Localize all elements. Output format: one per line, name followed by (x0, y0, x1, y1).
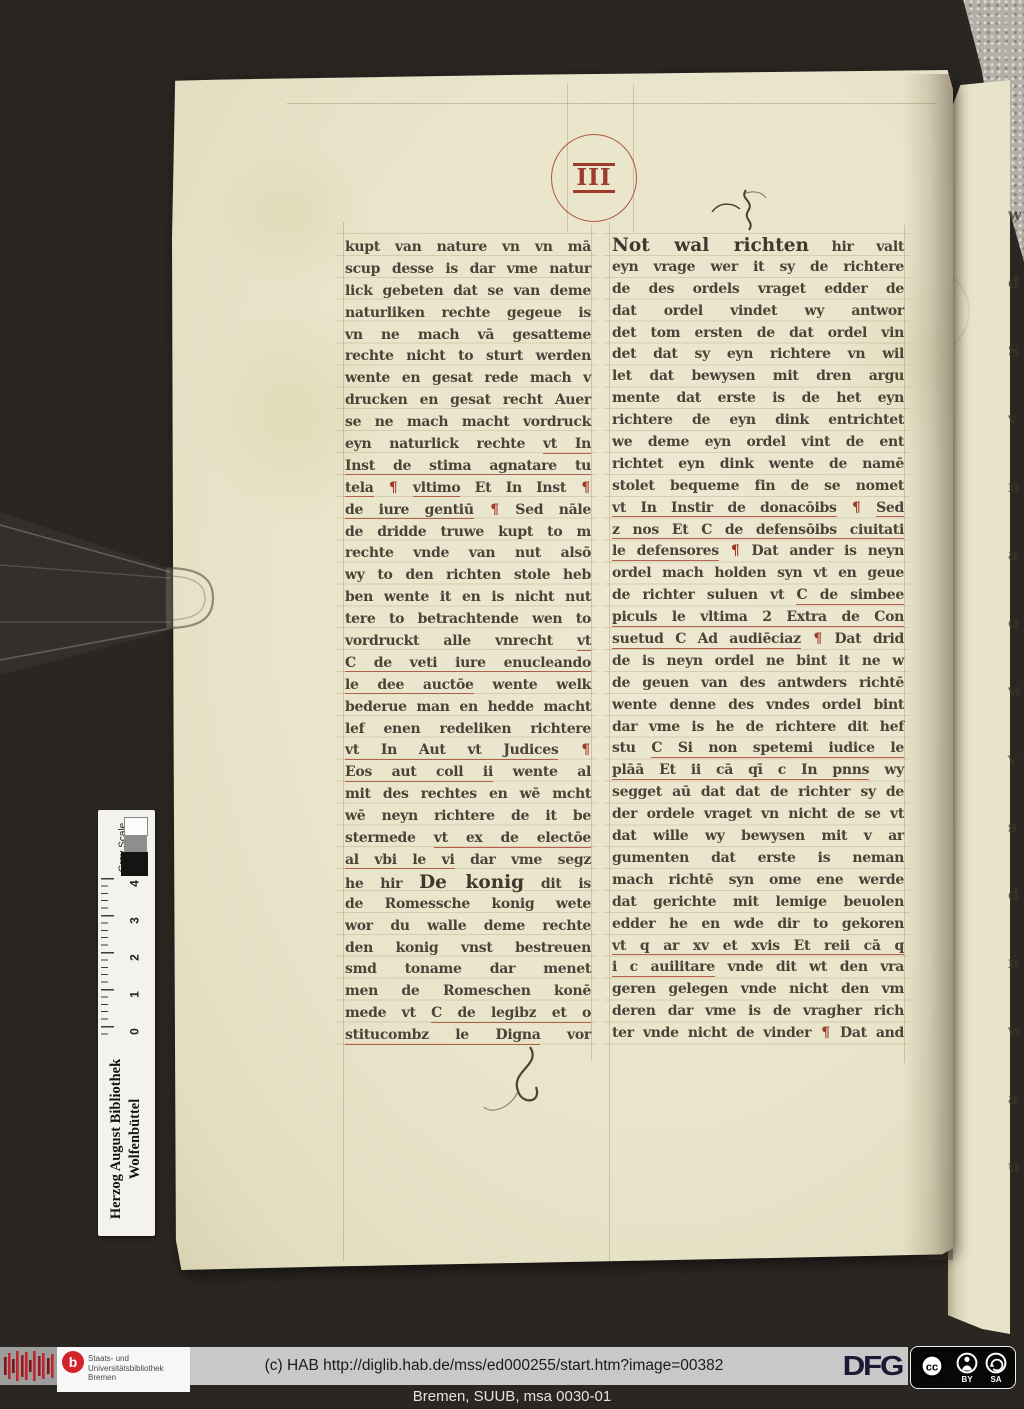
manuscript-line: den konig vnst bestreuen (345, 938, 591, 960)
page-edge-text-fragments: wdSvnaowvsdnwau (1007, 205, 1024, 1190)
edge-letter-fragment: w (1008, 681, 1022, 700)
manuscript-line: de dridde truwe kupt to m (345, 522, 591, 544)
edge-letter-fragment: a (1008, 545, 1018, 564)
manuscript-line: se ne mach macht vordruck (345, 412, 591, 434)
manuscript-line: de geuen van des antwders richtē (612, 673, 904, 695)
edge-letter-fragment: s (1008, 817, 1017, 836)
parchment: III kupt van nature vn vn māscup desse i… (172, 70, 953, 1270)
manuscript-line: eyn naturlick rechte vt In (345, 434, 591, 456)
manuscript-line: richtet eyn dink wente de namē (612, 454, 904, 476)
folio-number: III (573, 163, 614, 193)
manuscript-line: de iure gentiū ¶ Sed nāle (345, 500, 591, 522)
manuscript-line: dat gerichte mit lemige beuolen (612, 892, 904, 914)
manuscript-line: de is neyn ordel ne bint it ne w (612, 651, 904, 673)
manuscript-line: ordel mach holden syn vt en geue (612, 563, 904, 585)
manuscript-line: al vbi le vi dar vme segz (345, 850, 591, 872)
manuscript-line: vn ne mach vā gesatteme (345, 325, 591, 347)
manuscript-line: plāā Et ii cā qī c In pnns wy (612, 760, 904, 782)
manuscript-line: mede vt C de legibz et o (345, 1003, 591, 1025)
cc-by-sa-icons: cc BY SA (917, 1352, 1009, 1384)
edge-letter-fragment: w (1008, 205, 1022, 224)
ruler-ticks (101, 878, 114, 1040)
manuscript-line: let dat bewysen mit dren argu (612, 366, 904, 388)
sa-label: SA (990, 1375, 1001, 1384)
manuscript-line: drucken en gesat recht Auer (345, 390, 591, 412)
pen-flourish-bottom (472, 1045, 562, 1125)
manuscript-line: vt In Instir de donacōibs ¶ Sed (612, 498, 904, 520)
manuscript-line: piculs le vltima 2 Extra de Con (612, 607, 904, 629)
manuscript-page: III kupt van nature vn vn māscup desse i… (172, 70, 953, 1270)
text-column-left: kupt van nature vn vn māscup desse is da… (345, 237, 591, 1047)
frame-line (633, 84, 634, 232)
ruler-number: 3 (128, 913, 141, 929)
manuscript-line: de richter suluen vt C de simbee (612, 585, 904, 607)
manuscript-line: z nos Et C de defensōibs ciuitati (612, 520, 904, 542)
manuscript-line: vt In Aut vt Judices ¶ (345, 740, 591, 762)
adjacent-page: Lxxxi (948, 80, 1010, 1334)
scale-patch-black (121, 852, 148, 876)
manuscript-line: Eos aut coll ii wente al (345, 762, 591, 784)
manuscript-line: le dee auctōe wente welk (345, 675, 591, 697)
manuscript-line: rechte nicht to sturt werden (345, 346, 591, 368)
edge-letter-fragment: S (1008, 341, 1020, 360)
bremen-library-name: Staats- und Universitätsbibliothek Breme… (88, 1354, 164, 1383)
bremen-library-logo: b Staats- und Universitätsbibliothek Bre… (57, 1347, 190, 1392)
ruler-number: 4 (128, 876, 141, 892)
manuscript-line: det tom ersten de dat ordel vin (612, 323, 904, 345)
manuscript-line: he hir De konig dit is (345, 872, 591, 894)
edge-letter-fragment: v (1008, 749, 1017, 768)
manuscript-line: kupt van nature vn vn mā (345, 237, 591, 259)
frame-line (287, 103, 937, 104)
manuscript-line: deren dar vme is de vragher rich (612, 1001, 904, 1023)
manuscript-line: suetud C Ad audiēciaz ¶ Dat drid (612, 629, 904, 651)
scale-patch-gray (124, 835, 147, 852)
manuscript-line: naturliken rechte gegeue is (345, 303, 591, 325)
library-name-line2: Wolfenbüttel (126, 1099, 145, 1180)
manuscript-line: wente en gesat rede mach v (345, 368, 591, 390)
frame-line (343, 222, 344, 1262)
manuscript-line: wor du walle deme rechte (345, 916, 591, 938)
copyright-bar: (c) HAB http://diglib.hab.de/mss/ed00025… (190, 1347, 908, 1385)
manuscript-line: richtere de eyn dink entrichtet (612, 410, 904, 432)
frame-line (904, 225, 905, 1063)
edge-letter-fragment: a (1008, 1089, 1018, 1108)
manuscript-line: stitucombz le Digna vor (345, 1025, 591, 1047)
edge-letter-fragment: n (1008, 477, 1020, 496)
frame-line (591, 225, 592, 1060)
cc-license-badge: cc BY SA (910, 1346, 1016, 1389)
folio-number-circle: III (551, 134, 637, 222)
library-name-line1: Herzog August Bibliothek (107, 1059, 126, 1219)
by-label: BY (961, 1375, 973, 1384)
manuscript-line: geren gelegen vnde nicht den vm (612, 979, 904, 1001)
manuscript-line: Inst de stima agnatare tu (345, 456, 591, 478)
manuscript-line: dar vme is he de richtere dit hef (612, 717, 904, 739)
dfg-logo: DFG (843, 1350, 902, 1382)
manuscript-line: eyn vrage wer it sy de richtere (612, 257, 904, 279)
manuscript-line: mach richtē syn ome ene werde (612, 870, 904, 892)
bremen-name-line: Bremen (88, 1373, 164, 1383)
manuscript-line: lef enen redeliken richtere (345, 719, 591, 741)
bremen-b-icon: b (62, 1351, 84, 1373)
manuscript-line: scup desse is dar vme natur (345, 259, 591, 281)
manuscript-line: stu C Si non spetemi iudice le (612, 738, 904, 760)
manuscript-line: ter vnde nicht de vinder ¶ Dat and (612, 1023, 904, 1045)
ruler-number: 1 (128, 987, 141, 1003)
manuscript-line: lick gebeten dat se van deme (345, 281, 591, 303)
manuscript-line: i c auilitare vnde dit wt den vra (612, 957, 904, 979)
manuscript-line: de des ordels vraget edder de (612, 279, 904, 301)
manuscript-line: mit des rechtes en wē mcht (345, 784, 591, 806)
edge-letter-fragment: o (1008, 613, 1019, 632)
manuscript-line: le defensores ¶ Dat ander is neyn (612, 541, 904, 563)
manuscript-line: ben wente it en is nicht nut (345, 587, 591, 609)
page-holder-clamp (0, 470, 235, 705)
manuscript-line: tela ¶ vltimo Et In Inst ¶ (345, 478, 591, 500)
manuscript-line: dat wille wy bewysen mit v ar (612, 826, 904, 848)
manuscript-line: der ordele vraget vn nicht de se vt (612, 804, 904, 826)
manuscript-line: tere to betrachtende wen to (345, 609, 591, 631)
edge-letter-fragment: v (1008, 409, 1017, 428)
manuscript-line: C de veti iure enucleando (345, 653, 591, 675)
ruler-number: 2 (128, 950, 141, 966)
manuscript-line: gumenten dat erste is neman (612, 848, 904, 870)
manuscript-line: smd toname dar menet (345, 959, 591, 981)
manuscript-line: vt q ar xv et xvis Et reii cā q (612, 936, 904, 958)
manuscript-line: Not wal richten hir valt (612, 235, 904, 257)
manuscript-line: mente dat erste is de het eyn (612, 388, 904, 410)
ruler-number: 0 (128, 1024, 141, 1040)
edge-letter-fragment: w (1008, 1021, 1022, 1040)
edge-letter-fragment: n (1008, 953, 1020, 972)
red-bars-icon (0, 1347, 57, 1385)
bremen-name-line: Universitätsbibliothek (88, 1364, 164, 1374)
manuscript-line: bederue man en hedde macht (345, 697, 591, 719)
manuscript-line: wente denne des vndes ordel bint (612, 695, 904, 717)
manuscript-line: wy to den richten stole heb (345, 565, 591, 587)
manuscript-line: edder he en wde dir to gekoren (612, 914, 904, 936)
manuscript-line: segget aū dat dat de richter sy de (612, 782, 904, 804)
cc-label: cc (926, 1361, 938, 1373)
manuscript-line: rechte vnde van nut alsō (345, 543, 591, 565)
text-column-right: Not wal richten hir valteyn vrage wer it… (612, 235, 904, 1045)
copyright-text: (c) HAB http://diglib.hab.de/mss/ed00025… (265, 1357, 834, 1375)
scale-patch-white (124, 817, 148, 836)
manuscript-line: men de Romeschen konē (345, 981, 591, 1003)
manuscript-line: stolet bequeme fin de se nomet (612, 476, 904, 498)
library-name: Herzog August Bibliothek Wolfenbüttel (105, 1043, 147, 1235)
frame-line (609, 222, 610, 1262)
manuscript-line: wē neyn richtere de it be (345, 806, 591, 828)
manuscript-line: vordruckt alle vnrecht vt (345, 631, 591, 653)
manuscript-line: dat ordel vindet wy antwor (612, 301, 904, 323)
manuscript-line: stermede vt ex de electōe (345, 828, 591, 850)
manuscript-line: det dat sy eyn richtere vn wil (612, 344, 904, 366)
color-scale-ruler: Gray Scale 4 3 2 1 0 Herzog August Bibli… (98, 810, 155, 1236)
bremen-bars-logo (0, 1347, 57, 1385)
edge-letter-fragment: u (1008, 1157, 1020, 1176)
shelfmark-caption: Bremen, SUUB, msa 0030-01 (0, 1388, 1024, 1405)
manuscript-line: de Romessche konig wete (345, 894, 591, 916)
scan-stage: Lxxxi wdSvnaowvsdnwau III (0, 0, 1024, 1409)
edge-letter-fragment: d (1008, 885, 1019, 904)
manuscript-line: we deme eyn ordel vint de ent (612, 432, 904, 454)
bremen-name-line: Staats- und (88, 1354, 164, 1364)
edge-letter-fragment: d (1008, 273, 1019, 292)
